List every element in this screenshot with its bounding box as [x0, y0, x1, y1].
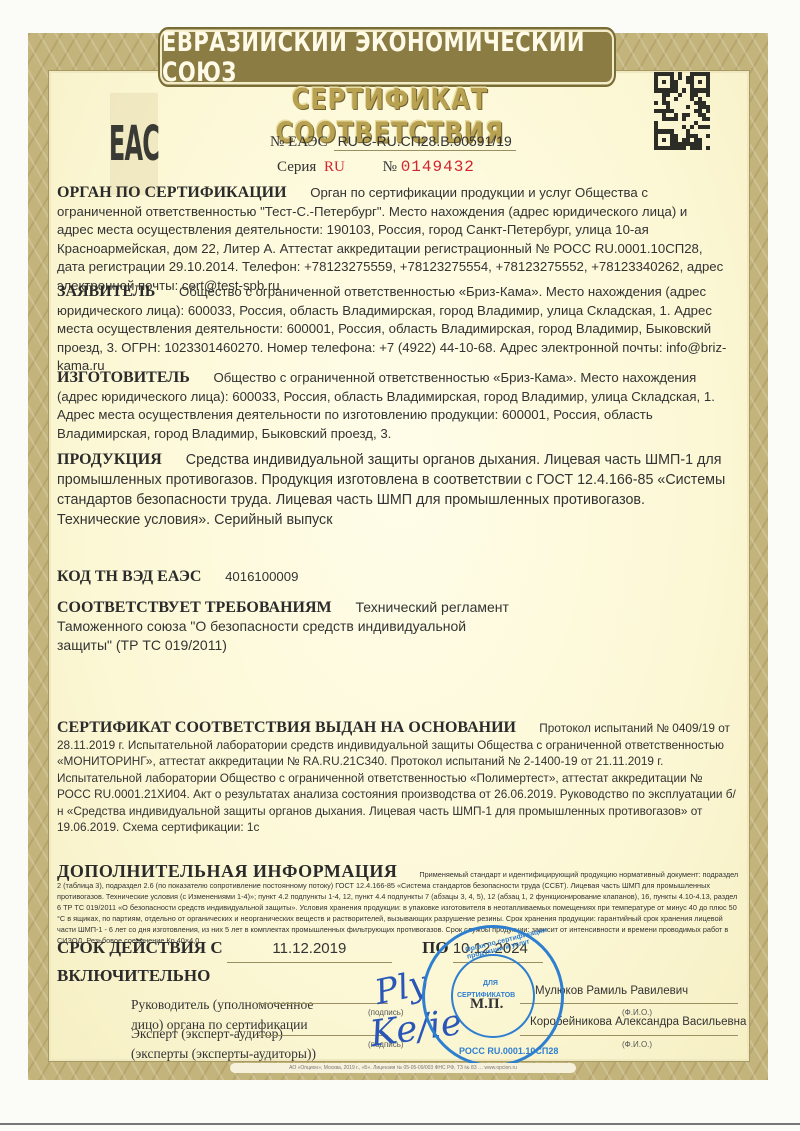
head-label-line1: Руководитель (уполномоченное	[131, 995, 313, 1015]
section-product: ПРОДУКЦИЯ Средства индивидуальной защиты…	[57, 450, 727, 530]
certification-body-text: Орган по сертификации продукции и услуг …	[57, 185, 723, 293]
seal-placeholder-label: М.П.	[470, 996, 503, 1013]
qr-code-icon	[654, 72, 710, 150]
section-applicant: ЗАЯВИТЕЛЬ Общество с ограниченной ответс…	[57, 283, 727, 376]
additional-info-heading: ДОПОЛНИТЕЛЬНАЯ ИНФОРМАЦИЯ	[57, 861, 397, 881]
number-label: № ЕАЭС	[270, 134, 328, 150]
series-label: Серия	[277, 159, 316, 175]
hs-code-heading: КОД ТН ВЭД ЕАЭС	[57, 568, 201, 585]
product-heading: ПРОДУКЦИЯ	[57, 451, 162, 468]
validity-from-date: 11.12.2019	[227, 936, 392, 963]
manufacturer-heading: ИЗГОТОВИТЕЛЬ	[57, 369, 190, 386]
additional-info-text: Применяемый стандарт и идентифицирующий …	[57, 870, 738, 945]
conforms-to-heading: СООТВЕТСТВУЕТ ТРЕБОВАНИЯМ	[57, 599, 332, 616]
issued-basis-text: Протокол испытаний № 0409/19 от 28.11.20…	[57, 721, 736, 834]
section-issued-basis: СЕРТИФИКАТ СООТВЕТСТВИЯ ВЫДАН НА ОСНОВАН…	[57, 720, 737, 836]
section-certification-body: ОРГАН ПО СЕРТИФИКАЦИИ Орган по сертифика…	[57, 184, 727, 295]
number-value: RU С-RU.СП28.В.00591/19	[334, 133, 516, 151]
expert-label-line1: Эксперт (эксперт-аудитор)	[131, 1024, 316, 1044]
hs-code-value: 4016100009	[225, 569, 298, 584]
certification-body-heading: ОРГАН ПО СЕРТИФИКАЦИИ	[57, 184, 287, 201]
series-line: Серия RU № 0149432	[277, 158, 475, 176]
section-manufacturer: ИЗГОТОВИТЕЛЬ Общество с ограниченной отв…	[57, 369, 727, 443]
expert-signature-line	[258, 1035, 388, 1036]
stamp-bottom-text: РОСС RU.0001.10СП28	[459, 1046, 558, 1056]
union-name: ЕВРАЗИЙСКИЙ ЭКОНОМИЧЕСКИЙ СОЮЗ	[162, 27, 612, 87]
series-value: RU	[324, 159, 345, 175]
section-conforms-to: СООТВЕТСТВУЕТ ТРЕБОВАНИЯМ Технический ре…	[57, 598, 517, 655]
head-signature-line	[258, 1003, 388, 1004]
expert-signatory-label: Эксперт (эксперт-аудитор) (эксперты (экс…	[131, 1024, 316, 1064]
issued-basis-heading: СЕРТИФИКАТ СООТВЕТСТВИЯ ВЫДАН НА ОСНОВАН…	[57, 719, 516, 736]
validity-inclusive-label: ВКЛЮЧИТЕЛЬНО	[57, 966, 210, 985]
section-hs-code: КОД ТН ВЭД ЕАЭС 4016100009	[57, 568, 727, 587]
expert-name: Коробейникова Александра Васильевна	[530, 1016, 746, 1028]
certificate-number: № ЕАЭСRU С-RU.СП28.В.00591/19	[270, 133, 516, 151]
applicant-text: Общество с ограниченной ответственностью…	[57, 284, 726, 373]
serial-number: 0149432	[401, 158, 475, 176]
union-banner: ЕВРАЗИЙСКИЙ ЭКОНОМИЧЕСКИЙ СОЮЗ	[160, 30, 614, 85]
validity-from-label: СРОК ДЕЙСТВИЯ С	[57, 938, 223, 957]
expert-label-line2: (эксперты (эксперты-аудиторы))	[131, 1044, 316, 1064]
printer-info: АО «Опцион», Москва, 2019 г., «Б». Лицен…	[230, 1063, 576, 1073]
scan-edge-line	[0, 1123, 800, 1125]
applicant-heading: ЗАЯВИТЕЛЬ	[57, 283, 155, 300]
stamp-center-text-1: ДЛЯ	[483, 980, 498, 987]
section-additional-info: ДОПОЛНИТЕЛЬНАЯ ИНФОРМАЦИЯ Применяемый ст…	[57, 866, 739, 946]
expert-name-line	[520, 1035, 738, 1036]
eac-logo-icon: EAC	[110, 93, 158, 195]
serial-label: №	[383, 159, 397, 175]
expert-name-caption: (Ф.И.О.)	[622, 1040, 652, 1049]
